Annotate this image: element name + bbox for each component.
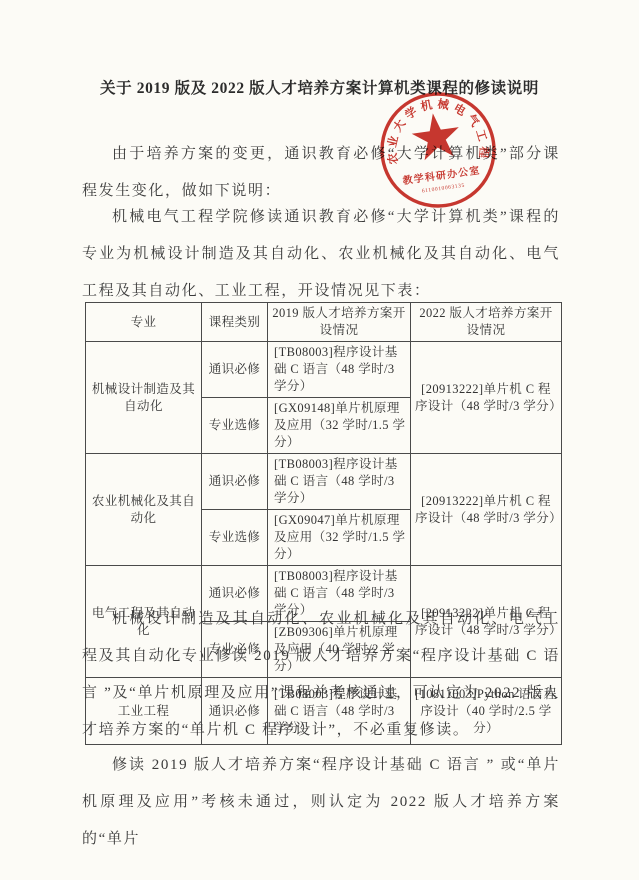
table-row: 机械设计制造及其自动化 通识必修 [TB08003]程序设计基础 C 语言（48… (86, 342, 562, 398)
official-seal-stamp: 农业大学机械电气工程学院 教学科研办公室 6110010063135 (348, 60, 528, 240)
star-icon (409, 110, 462, 161)
seal-serial-number: 6110010063135 (422, 183, 466, 195)
plan2022-cell: [20913222]单片机 C 程序设计（48 学时/3 学分） (411, 454, 562, 566)
col-header-2019: 2019 版人才培养方案开设情况 (268, 303, 411, 342)
table-row: 农业机械化及其自动化 通识必修 [TB08003]程序设计基础 C 语言（48 … (86, 454, 562, 510)
plan2019-cell: [TB08003]程序设计基础 C 语言（48 学时/3 学分） (268, 342, 411, 398)
course-type-cell: 专业选修 (202, 510, 268, 566)
seal-office-text: 教学科研办公室 (401, 163, 481, 187)
plan2019-cell: [GX09047]单片机原理及应用（32 学时/1.5 学分） (268, 510, 411, 566)
plan2019-cell: [GX09148]单片机原理及应用（32 学时/1.5 学分） (268, 398, 411, 454)
paragraph-recognition-passed: 机械设计制造及其自动化、农业机械化及其自动化、电气工程及其自动化专业修读 201… (82, 601, 560, 749)
major-cell: 机械设计制造及其自动化 (86, 342, 202, 454)
course-type-cell: 通识必修 (202, 342, 268, 398)
plan2022-cell: [20913222]单片机 C 程序设计（48 学时/3 学分） (411, 342, 562, 454)
col-header-course-type: 课程类别 (202, 303, 268, 342)
major-cell: 农业机械化及其自动化 (86, 454, 202, 566)
seal-arc-text: 农业大学机械电气工程学院 (348, 60, 494, 183)
plan2019-cell: [TB08003]程序设计基础 C 语言（48 学时/3 学分） (268, 454, 411, 510)
col-header-2022: 2022 版人才培养方案开设情况 (411, 303, 562, 342)
course-type-cell: 专业选修 (202, 398, 268, 454)
table-header-row: 专业 课程类别 2019 版人才培养方案开设情况 2022 版人才培养方案开设情… (86, 303, 562, 342)
paragraph-recognition-failed: 修读 2019 版人才培养方案“程序设计基础 C 语言 ” 或“单片机原理及应用… (82, 747, 560, 858)
course-type-cell: 通识必修 (202, 454, 268, 510)
col-header-major: 专业 (86, 303, 202, 342)
document-page: 关于 2019 版及 2022 版人才培养方案计算机类课程的修读说明 由于培养方… (0, 0, 639, 880)
